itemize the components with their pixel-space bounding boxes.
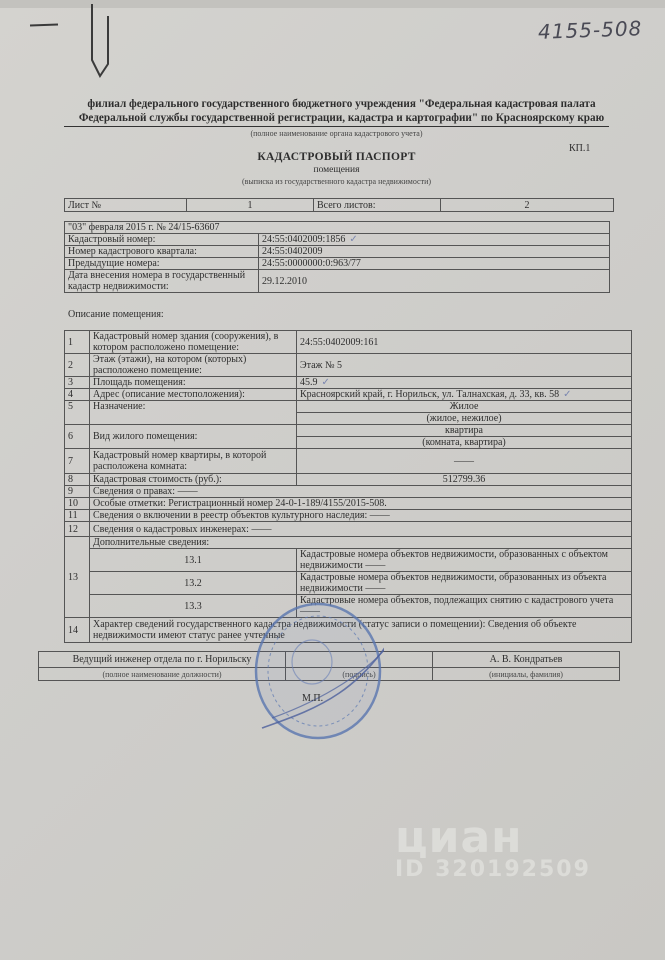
meta-label: Предыдущие номера: (65, 258, 259, 270)
subrow-text: Кадастровые номера объектов недвижимости… (297, 549, 632, 572)
row-number: 10 (65, 498, 90, 510)
organization-name: филиал федерального государственного бюд… (64, 97, 619, 125)
table-row: 1 Кадастровый номер здания (сооружения),… (65, 331, 632, 354)
checkmark-icon: ✓ (322, 377, 330, 388)
row-value: квартира (297, 425, 632, 437)
organization-line-1: филиал федерального государственного бюд… (64, 97, 619, 111)
description-label: Описание помещения: (68, 309, 164, 320)
meta-label: Дата внесения номера в государственный к… (65, 270, 259, 293)
table-row: 3 Площадь помещения: 45.9✓ (65, 377, 632, 389)
row-label: Назначение: (90, 401, 297, 425)
row-value: Красноярский край, г. Норильск, ул. Талн… (297, 389, 632, 401)
row-caption: (жилое, нежилое) (297, 413, 632, 425)
row-number: 8 (65, 474, 90, 486)
row-value: Жилое (297, 401, 632, 413)
row-text: Сведения о включении в реестр объектов к… (90, 510, 632, 522)
row-value: 512799.36 (297, 474, 632, 486)
pen-mark (30, 24, 58, 27)
row-label: Кадастровый номер квартиры, в которой ра… (90, 449, 297, 474)
table-row: 6 Вид жилого помещения: квартира (65, 425, 632, 437)
table-row: 11 Сведения о включении в реестр объекто… (65, 510, 632, 522)
row-number: 11 (65, 510, 90, 522)
row-number: 6 (65, 425, 90, 449)
organization-underline (64, 126, 609, 127)
row-number: 4 (65, 389, 90, 401)
handwritten-note: 4155-508 (538, 16, 643, 44)
row-number: 1 (65, 331, 90, 354)
watermark-id: ID 320192509 (395, 857, 591, 882)
premises-description-table: 1 Кадастровый номер здания (сооружения),… (64, 330, 632, 643)
row-value: Этаж № 5 (297, 354, 632, 377)
table-row: 12 Сведения о кадастровых инженерах: —— (65, 522, 632, 537)
meta-value-quarter: 24:55:0402009 (259, 246, 610, 258)
row-value: 45.9✓ (297, 377, 632, 389)
meta-label: Номер кадастрового квартала: (65, 246, 259, 258)
row-number: 13 (65, 537, 90, 618)
row-label: Этаж (этажи), на котором (которых) распо… (90, 354, 297, 377)
paper-clip-icon (88, 2, 118, 78)
sheet-number: 1 (187, 199, 314, 212)
row-caption: (комната, квартира) (297, 437, 632, 449)
document-subtitle: помещения (64, 165, 609, 175)
watermark-logo: циан (395, 812, 591, 863)
row-text: Особые отметки: Регистрационный номер 24… (90, 498, 632, 510)
meta-value-previous: 24:55:0000000:0:963/77 (259, 258, 610, 270)
table-row: 7 Кадастровый номер квартиры, в которой … (65, 449, 632, 474)
cadastral-meta-table: "03" февраля 2015 г. № 24/15-63607 Кадас… (64, 221, 610, 293)
row-value: 24:55:0402009:161 (297, 331, 632, 354)
table-row: 5 Назначение: Жилое (65, 401, 632, 413)
table-row: 13 Дополнительные сведения: (65, 537, 632, 549)
row-number: 12 (65, 522, 90, 537)
table-row: 8 Кадастровая стоимость (руб.): 512799.3… (65, 474, 632, 486)
row-value: —— (297, 449, 632, 474)
row-text: Сведения о правах: —— (90, 486, 632, 498)
sheet-label: Лист № (65, 199, 187, 212)
meta-value-date: 29.12.2010 (259, 270, 610, 293)
row-number: 3 (65, 377, 90, 389)
subrow-text: Кадастровые номера объектов недвижимости… (297, 572, 632, 595)
name-caption: (инициалы, фамилия) (433, 668, 620, 681)
sheet-info-table: Лист № 1 Всего листов: 2 (64, 198, 614, 212)
signer-name: А. В. Кондратьев (433, 652, 620, 668)
table-row: 9 Сведения о правах: —— (65, 486, 632, 498)
official-seal-icon (252, 600, 384, 742)
checkmark-icon: ✓ (563, 389, 571, 400)
document-title: КАДАСТРОВЫЙ ПАСПОРТ (64, 151, 609, 163)
organization-caption: (полное наименование органа кадастрового… (64, 129, 609, 138)
checkmark-icon: ✓ (349, 234, 357, 245)
row-number: 7 (65, 449, 90, 474)
row-text: Дополнительные сведения: (90, 537, 632, 549)
position-title: Ведущий инженер отдела по г. Норильску (39, 652, 286, 668)
total-sheets-value: 2 (441, 199, 614, 212)
row-label: Вид жилого помещения: (90, 425, 297, 449)
row-text: Сведения о кадастровых инженерах: —— (90, 522, 632, 537)
table-row: 4 Адрес (описание местоположения): Красн… (65, 389, 632, 401)
table-subrow: 13.1 Кадастровые номера объектов недвижи… (65, 549, 632, 572)
row-label: Кадастровый номер здания (сооружения), в… (90, 331, 297, 354)
position-caption: (полное наименование должности) (39, 668, 286, 681)
row-label: Площадь помещения: (90, 377, 297, 389)
table-subrow: 13.2 Кадастровые номера объектов недвижи… (65, 572, 632, 595)
date-number: "03" февраля 2015 г. № 24/15-63607 (65, 222, 610, 234)
subtitle-caption: (выписка из государственного кадастра не… (64, 177, 609, 186)
row-number: 2 (65, 354, 90, 377)
organization-line-2: Федеральной службы государственной регис… (64, 111, 619, 125)
row-label: Кадастровая стоимость (руб.): (90, 474, 297, 486)
meta-label: Кадастровый номер: (65, 234, 259, 246)
row-label: Адрес (описание местоположения): (90, 389, 297, 401)
row-number: 14 (65, 618, 90, 643)
table-row: 2 Этаж (этажи), на котором (которых) рас… (65, 354, 632, 377)
subrow-number: 13.2 (90, 572, 297, 595)
total-sheets-label: Всего листов: (314, 199, 441, 212)
row-number: 9 (65, 486, 90, 498)
table-row: 10 Особые отметки: Регистрационный номер… (65, 498, 632, 510)
watermark: циан ID 320192509 (395, 812, 591, 882)
seal-placeholder: М.П. (302, 693, 323, 704)
subrow-number: 13.1 (90, 549, 297, 572)
meta-value-cadastral-number: 24:55:0402009:1856✓ (259, 234, 610, 246)
row-number: 5 (65, 401, 90, 425)
